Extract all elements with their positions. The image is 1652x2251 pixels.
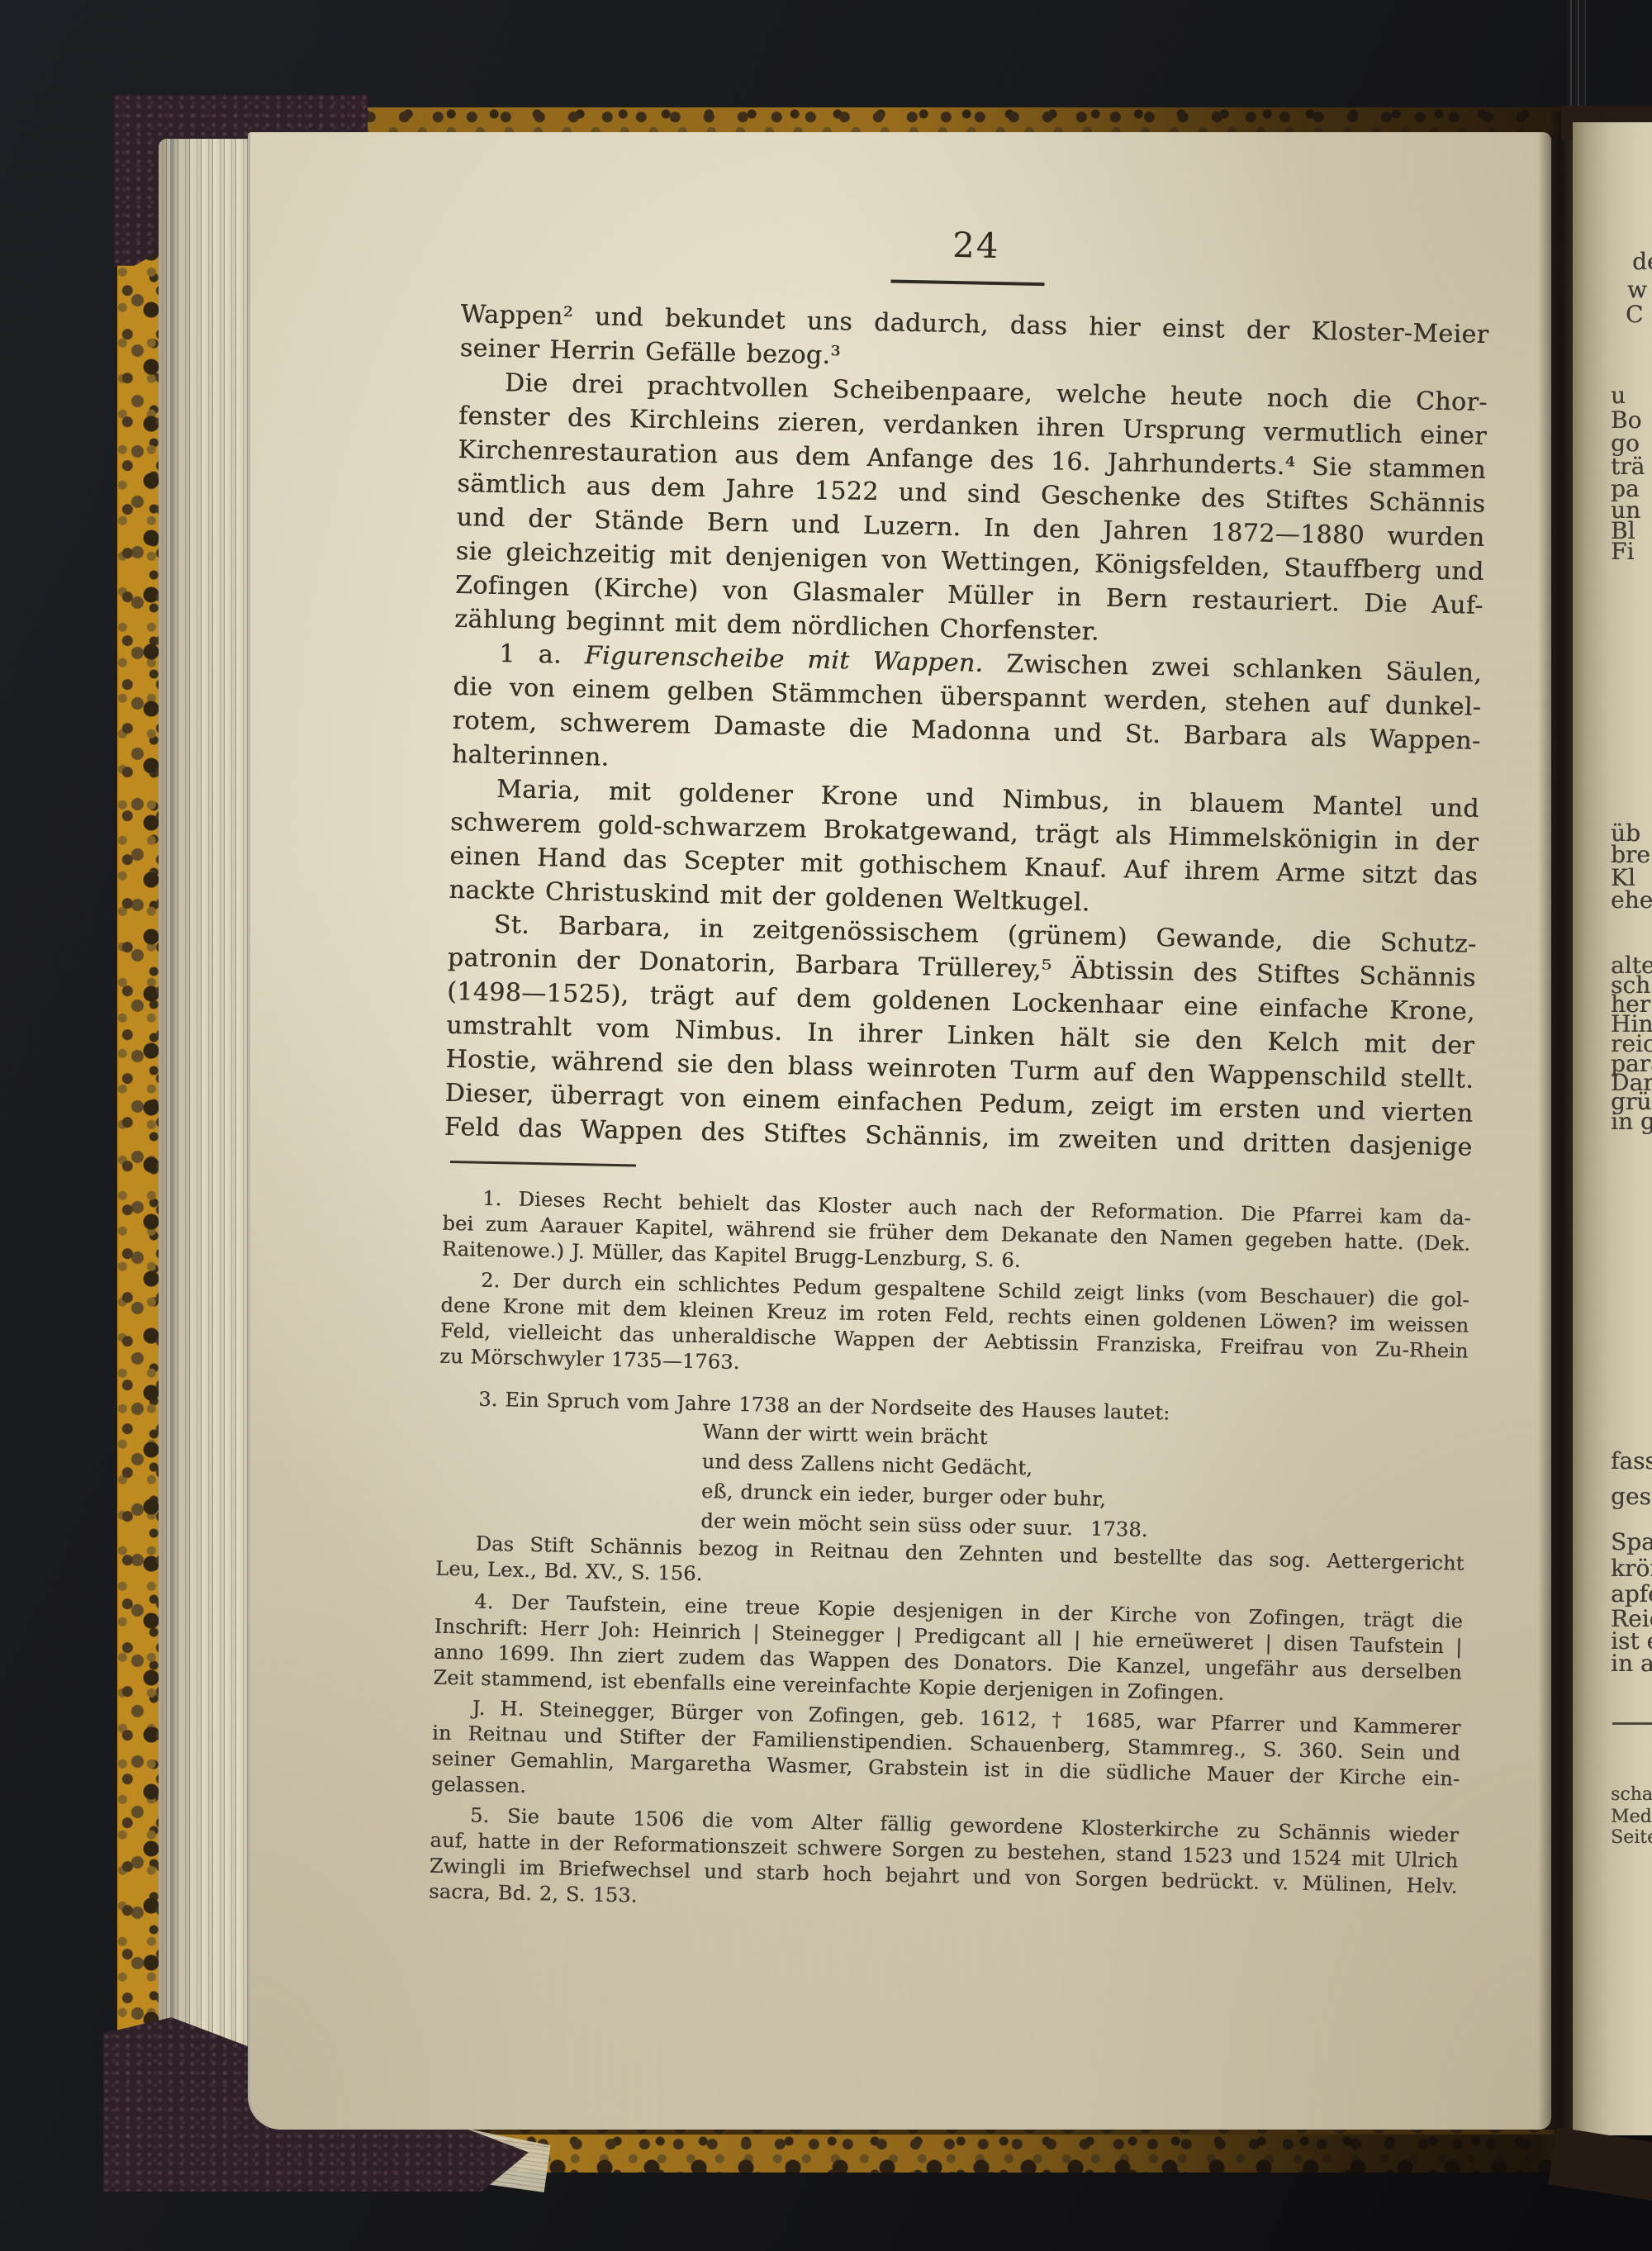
book-cover-marbled-edge-left (117, 106, 160, 2181)
right-page-fragment: fassu (1611, 1447, 1652, 1475)
right-page-fragment: gestu (1611, 1483, 1652, 1510)
page-number-rule (890, 279, 1044, 286)
right-page-fragment: krön (1611, 1555, 1652, 1582)
page-stack-edges (159, 139, 251, 2136)
right-page-fragment: de (1632, 248, 1652, 275)
right-page-sliver: dewCuBogoträpaunBlFiübbreKlehealteschher… (1573, 122, 1652, 2135)
right-page-fragment: apfel (1611, 1580, 1652, 1608)
right-page-fragment: Medai (1611, 1807, 1652, 1827)
right-page-footnote-rule (1612, 1722, 1652, 1725)
book-photo: 24 Wappen² und bekundet uns dadurch, das… (0, 0, 1652, 2251)
right-page-fragment: scharl (1611, 1784, 1652, 1805)
right-page-fragment: in g (1611, 1108, 1652, 1135)
right-page-fragment: in a (1611, 1650, 1652, 1677)
right-page-bottom-edge (1548, 2127, 1652, 2202)
page-number: 24 (462, 215, 1491, 276)
main-text: Wappen² und bekundet uns dadurch, dass h… (444, 297, 1488, 1165)
right-page-fragment: Fi (1611, 538, 1634, 565)
printed-text-layer: 24 Wappen² und bekundet uns dadurch, das… (461, 297, 1489, 318)
italic-text-segment: Figurenscheibe mit Wappen. (584, 641, 983, 678)
left-page: 24 Wappen² und bekundet uns dadurch, das… (248, 132, 1551, 2130)
text-segment: 1 a. (499, 639, 585, 670)
right-page-fragment: w (1627, 276, 1647, 303)
footnote-separator-rule (450, 1161, 636, 1167)
right-page-fragment: u (1611, 382, 1626, 409)
right-page-fragment: Seite (1611, 1827, 1652, 1848)
right-page-fragment: ehe (1611, 886, 1652, 914)
right-page-fragment: Span (1611, 1528, 1652, 1555)
footnotes: 1. Dieses Recht behielt das Kloster auch… (429, 1185, 1471, 1926)
right-page-fragment: C (1626, 301, 1643, 328)
